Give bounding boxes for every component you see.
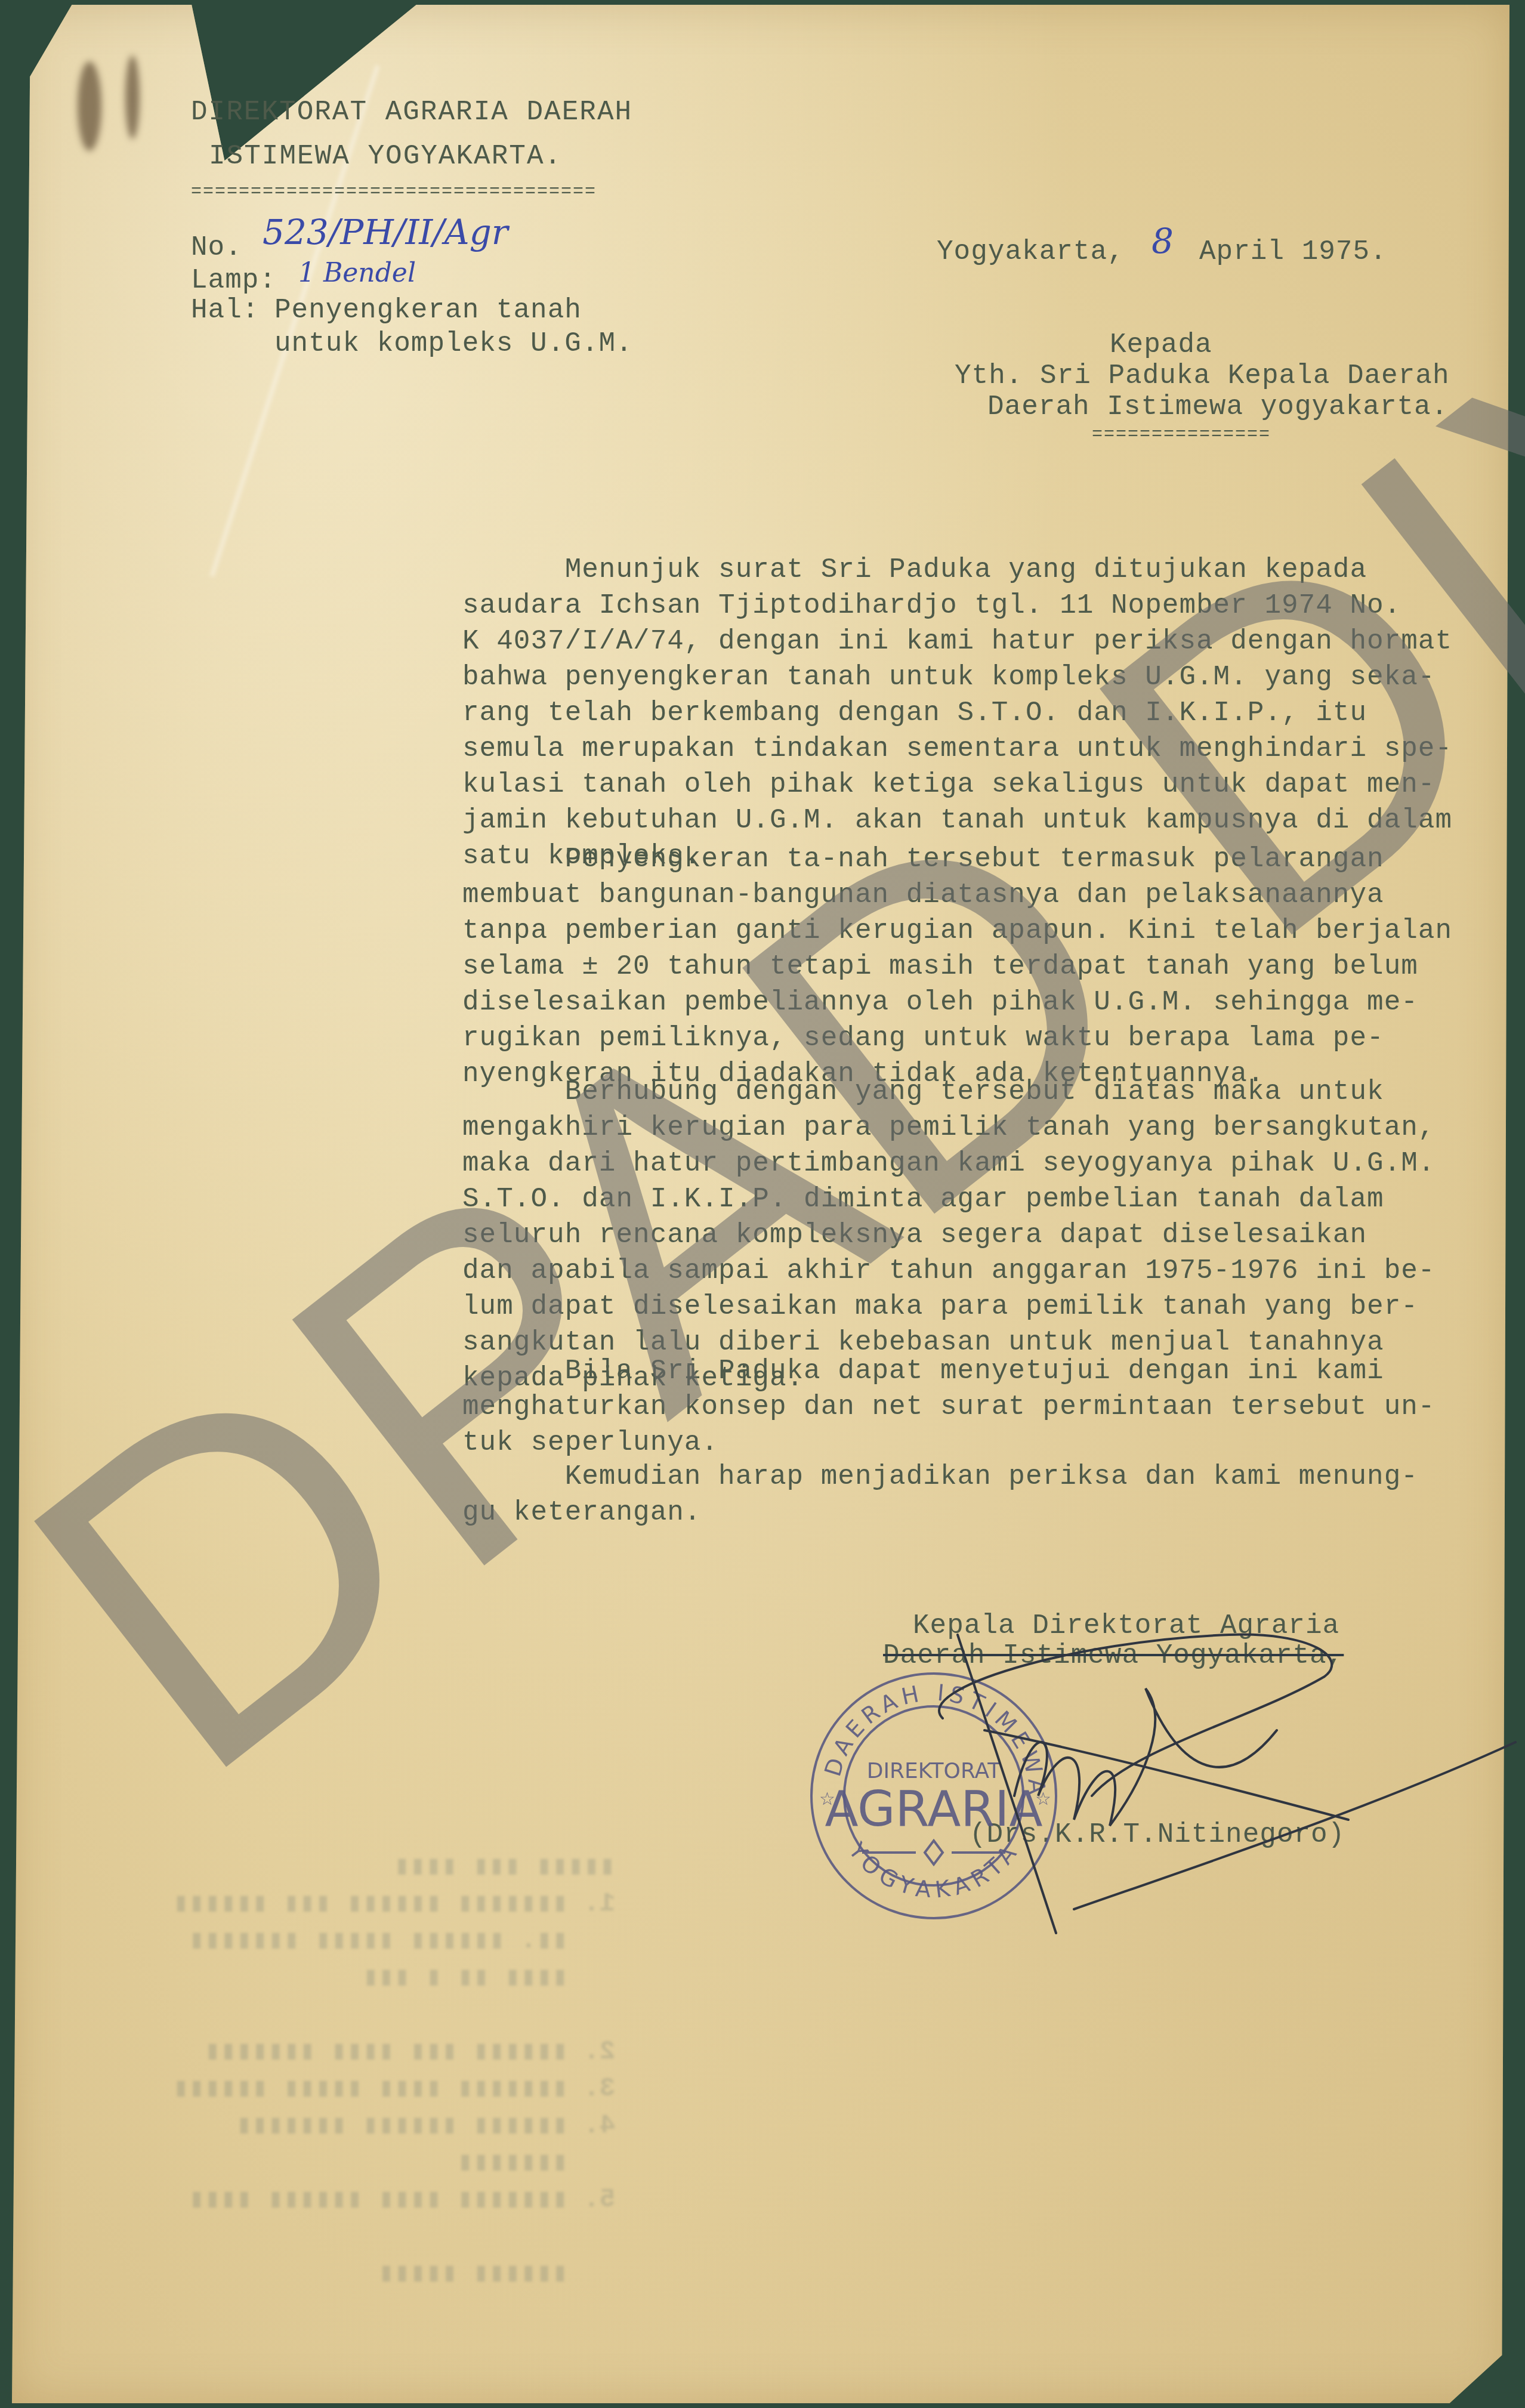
- body-line: Bila Sri Paduka dapat menyetujui dengan …: [462, 1353, 1512, 1389]
- svg-text:☆: ☆: [819, 1789, 835, 1810]
- body-line: gu keterangan.: [462, 1495, 1512, 1530]
- body-line: tanpa pemberian ganti kerugian apapun. K…: [462, 913, 1512, 949]
- body-line: Menunjuk surat Sri Paduka yang ditujukan…: [462, 552, 1512, 588]
- rust-mark: [78, 61, 101, 151]
- handwritten-signature: [895, 1599, 1521, 1969]
- recipient-separator: ===============: [1092, 425, 1271, 445]
- body-line: diselesaikan pembeliannya oleh pihak U.G…: [462, 984, 1512, 1020]
- body-line: saudara Ichsan Tjiptodihardjo tgl. 11 No…: [462, 588, 1512, 623]
- letterhead-line-1: DIREKTORAT AGRARIA DAERAH: [191, 94, 632, 131]
- body-line: S.T.O. dan I.K.I.P. diminta agar pembeli…: [462, 1181, 1512, 1217]
- body-line: mengakhiri kerugian para pemilik tanah y…: [462, 1110, 1512, 1146]
- body-line: maka dari hatur pertimbangan kami seyogy…: [462, 1146, 1512, 1181]
- body-paragraph-4: Bila Sri Paduka dapat menyetujui dengan …: [462, 1353, 1512, 1461]
- reference-lamp-value: 1 Bendel: [298, 258, 416, 288]
- body-line: membuat bangunan-bangunan diatasnya dan …: [462, 877, 1512, 913]
- body-paragraph-2: Penyengkeran ta-nah tersebut termasuk pe…: [462, 841, 1512, 1092]
- body-paragraph-1: Menunjuk surat Sri Paduka yang ditujukan…: [462, 552, 1512, 874]
- rust-mark: [125, 55, 140, 139]
- body-line: bahwa penyengkeran tanah untuk kompleks …: [462, 659, 1512, 695]
- body-line: rang telah berkembang dengan S.T.O. dan …: [462, 695, 1512, 731]
- body-line: seluruh rencana kompleksnya segera dapat…: [462, 1217, 1512, 1253]
- reference-subject-line-2: untuk kompleks U.G.M.: [274, 326, 633, 362]
- date-place: Yogyakarta,: [937, 234, 1125, 270]
- date-day-handwritten: 8: [1152, 221, 1174, 261]
- body-line: K 4037/I/A/74, dengan ini kami hatur per…: [462, 623, 1512, 659]
- body-line: dan apabila sampai akhir tahun anggaran …: [462, 1253, 1512, 1289]
- reference-no-label: No.: [191, 230, 242, 266]
- reference-subject-line-1: Penyengkeran tanah: [274, 292, 582, 329]
- letterhead-line-2: ISTIMEWA YOGYAKARTA.: [209, 138, 562, 175]
- date-month-year: April 1975.: [1199, 234, 1387, 270]
- body-line: selama ± 20 tahun tetapi masih terdapat …: [462, 949, 1512, 984]
- body-line: semula merupakan tindakan sementara untu…: [462, 731, 1512, 767]
- body-paragraph-3: Berhubung dengan yang tersebut diatas ma…: [462, 1074, 1512, 1396]
- reference-hal-label: Hal:: [191, 292, 259, 329]
- recipient-line-3: Daerah Istimewa yogyakarta.: [987, 389, 1448, 425]
- body-line: lum dapat diselesaikan maka para pemilik…: [462, 1289, 1512, 1325]
- letterhead-separator: ==================================: [191, 182, 597, 202]
- bleed-through-text: ▮▮▮▮▮ ▮▮▮ ▮▮▮▮ 1. ▮▮▮▮▮▮▮ ▮▮▮▮▮▮ ▮▮▮ ▮▮▮…: [173, 1848, 615, 2292]
- body-line: Berhubung dengan yang tersebut diatas ma…: [462, 1074, 1512, 1110]
- reference-no-value: 523/PH/II/Agr: [263, 212, 508, 252]
- body-line: Kemudian harap menjadikan periksa dan ka…: [462, 1459, 1512, 1495]
- body-paragraph-5: Kemudian harap menjadikan periksa dan ka…: [462, 1459, 1512, 1530]
- body-line: tuk seperlunya.: [462, 1425, 1512, 1461]
- body-line: jamin kebutuhan U.G.M. akan tanah untuk …: [462, 802, 1512, 838]
- body-line: menghaturkan konsep dan net surat permin…: [462, 1389, 1512, 1425]
- body-line: kulasi tanah oleh pihak ketiga sekaligus…: [462, 767, 1512, 802]
- body-line: Penyengkeran ta-nah tersebut termasuk pe…: [462, 841, 1512, 877]
- body-line: rugikan pemiliknya, sedang untuk waktu b…: [462, 1020, 1512, 1056]
